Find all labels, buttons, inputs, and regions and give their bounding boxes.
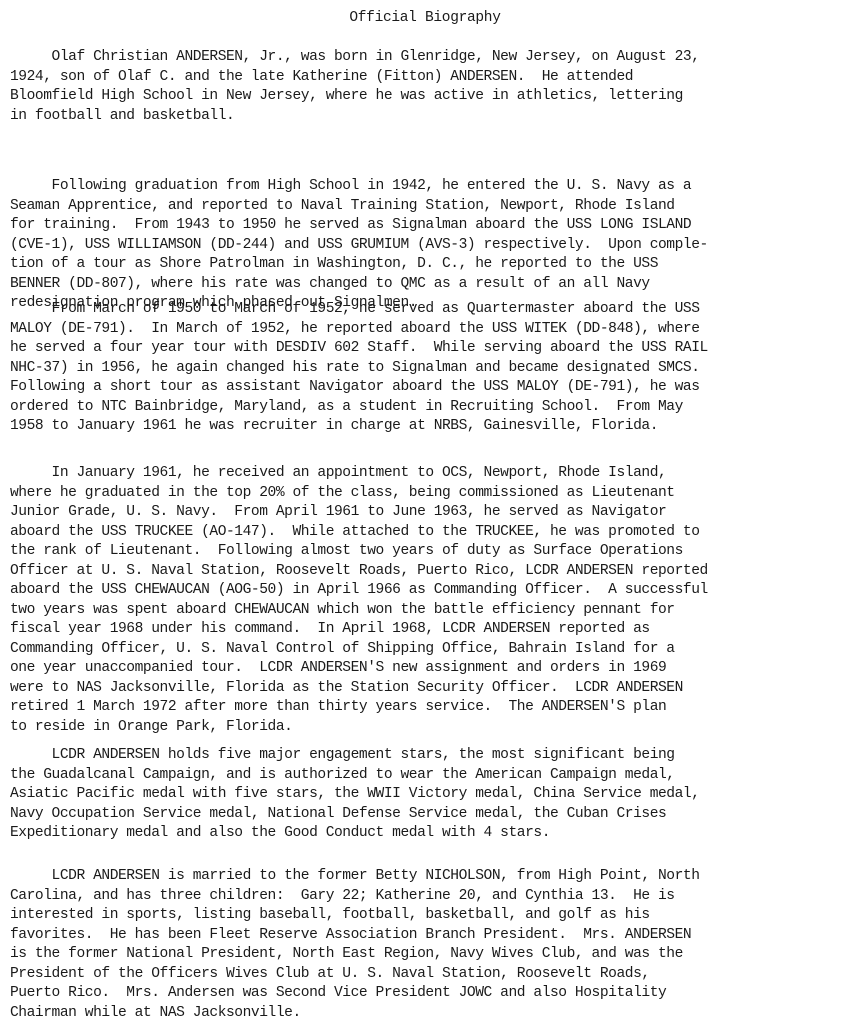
text-line: Expeditionary medal and also the Good Co… xyxy=(10,824,850,844)
paragraph-family: LCDR ANDERSEN is married to the former B… xyxy=(10,867,850,1023)
text-line: Carolina, and has three children: Gary 2… xyxy=(10,887,850,907)
text-line: aboard the USS CHEWAUCAN (AOG-50) in Apr… xyxy=(10,581,850,601)
paragraph-birth: Olaf Christian ANDERSEN, Jr., was born i… xyxy=(10,48,850,126)
text-line: for training. From 1943 to 1950 he serve… xyxy=(10,216,850,236)
text-line: NHC-37) in 1956, he again changed his ra… xyxy=(10,359,850,379)
text-line: Junior Grade, U. S. Navy. From April 196… xyxy=(10,503,850,523)
paragraph-early-navy: Following graduation from High School in… xyxy=(10,177,850,314)
text-line: President of the Officers Wives Club at … xyxy=(10,965,850,985)
text-line: where he graduated in the top 20% of the… xyxy=(10,484,850,504)
document-title: Official Biography xyxy=(0,10,850,26)
text-line: retired 1 March 1972 after more than thi… xyxy=(10,698,850,718)
text-line: the Guadalcanal Campaign, and is authori… xyxy=(10,766,850,786)
text-line: Commanding Officer, U. S. Naval Control … xyxy=(10,640,850,660)
text-line: Bloomfield High School in New Jersey, wh… xyxy=(10,87,850,107)
text-line: Puerto Rico. Mrs. Andersen was Second Vi… xyxy=(10,984,850,1004)
text-line: he served a four year tour with DESDIV 6… xyxy=(10,339,850,359)
text-line: interested in sports, listing baseball, … xyxy=(10,906,850,926)
text-line: aboard the USS TRUCKEE (AO-147). While a… xyxy=(10,523,850,543)
text-line: Following graduation from High School in… xyxy=(10,177,850,197)
text-line: BENNER (DD-807), where his rate was chan… xyxy=(10,275,850,295)
text-line: tion of a tour as Shore Patrolman in Was… xyxy=(10,255,850,275)
text-line: is the former National President, North … xyxy=(10,945,850,965)
text-line: one year unaccompanied tour. LCDR ANDERS… xyxy=(10,659,850,679)
text-line: favorites. He has been Fleet Reserve Ass… xyxy=(10,926,850,946)
text-line: From March of 1950 to March of 1952, he … xyxy=(10,300,850,320)
paragraph-officer-career: In January 1961, he received an appointm… xyxy=(10,464,850,737)
text-line: MALOY (DE-791). In March of 1952, he rep… xyxy=(10,320,850,340)
text-line: In January 1961, he received an appointm… xyxy=(10,464,850,484)
text-line: Seaman Apprentice, and reported to Naval… xyxy=(10,197,850,217)
text-line: in football and basketball. xyxy=(10,107,850,127)
text-line: the rank of Lieutenant. Following almost… xyxy=(10,542,850,562)
text-line: Asiatic Pacific medal with five stars, t… xyxy=(10,785,850,805)
text-line: (CVE-1), USS WILLIAMSON (DD-244) and USS… xyxy=(10,236,850,256)
text-line: ordered to NTC Bainbridge, Maryland, as … xyxy=(10,398,850,418)
text-line: Navy Occupation Service medal, National … xyxy=(10,805,850,825)
paragraph-quartermaster: From March of 1950 to March of 1952, he … xyxy=(10,300,850,437)
text-line: were to NAS Jacksonville, Florida as the… xyxy=(10,679,850,699)
text-line: Officer at U. S. Naval Station, Roosevel… xyxy=(10,562,850,582)
text-line: Chairman while at NAS Jacksonville. xyxy=(10,1004,850,1024)
text-line: LCDR ANDERSEN holds five major engagemen… xyxy=(10,746,850,766)
text-line: Olaf Christian ANDERSEN, Jr., was born i… xyxy=(10,48,850,68)
text-line: to reside in Orange Park, Florida. xyxy=(10,718,850,738)
text-line: Following a short tour as assistant Navi… xyxy=(10,378,850,398)
text-line: 1924, son of Olaf C. and the late Kather… xyxy=(10,68,850,88)
paragraph-awards: LCDR ANDERSEN holds five major engagemen… xyxy=(10,746,850,844)
text-line: fiscal year 1968 under his command. In A… xyxy=(10,620,850,640)
text-line: LCDR ANDERSEN is married to the former B… xyxy=(10,867,850,887)
text-line: 1958 to January 1961 he was recruiter in… xyxy=(10,417,850,437)
text-line: two years was spent aboard CHEWAUCAN whi… xyxy=(10,601,850,621)
biography-page: Official Biography Olaf Christian ANDERS… xyxy=(0,0,850,1027)
